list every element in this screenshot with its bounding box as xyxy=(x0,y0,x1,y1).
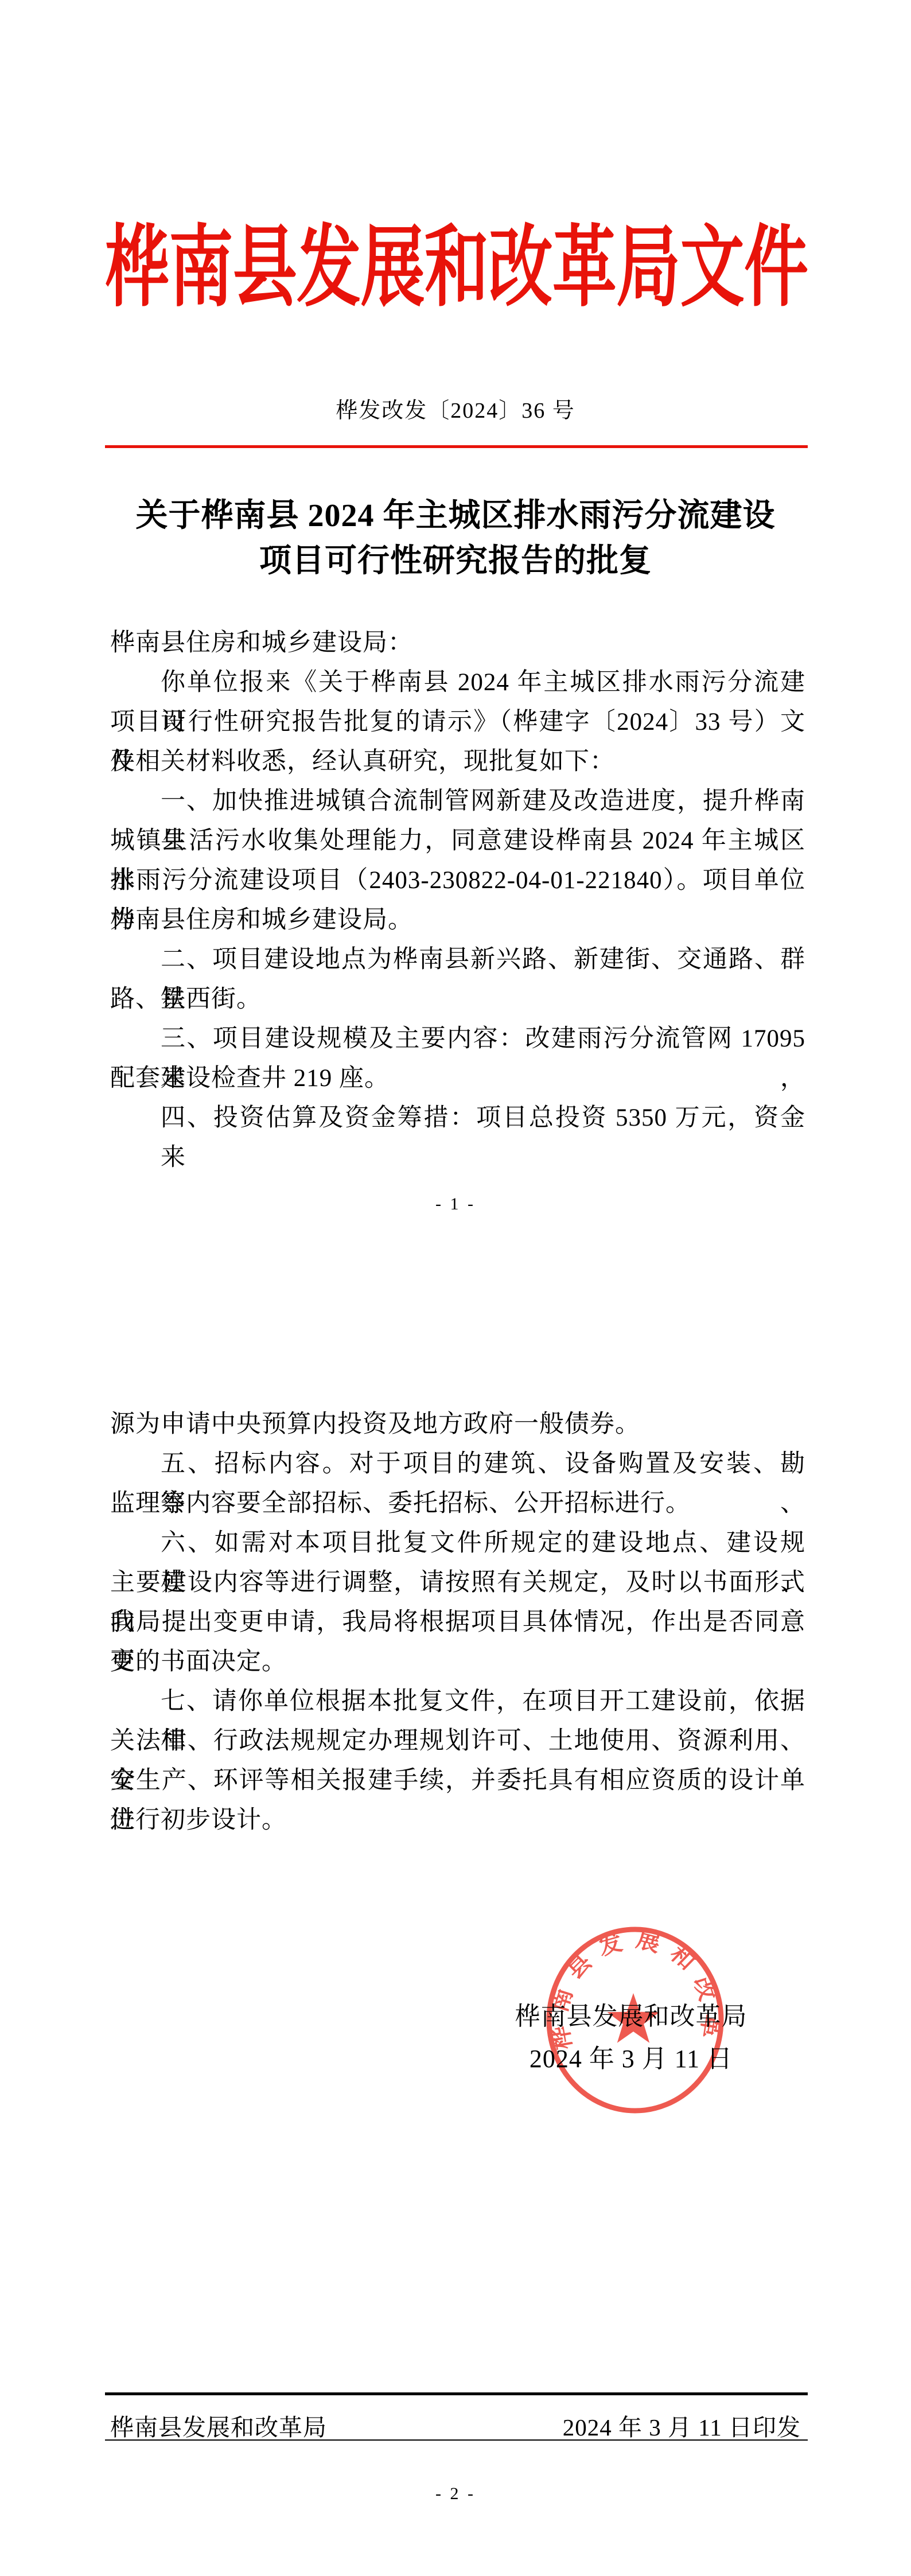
footer-issuer: 桦南县发展和改革局 xyxy=(110,2408,327,2442)
body-line: 二、项目建设地点为桦南县新兴路、新建街、交通路、群星 xyxy=(110,940,805,979)
footer-rule-thick xyxy=(105,2392,808,2395)
body-line: 水雨污分流建设项目（2403-230822-04-01-221840）。项目单位… xyxy=(110,861,805,900)
footer-rule-thin xyxy=(105,2439,808,2441)
letterhead-red-rule xyxy=(105,445,808,448)
body-line: 五、招标内容。对于项目的建筑、设备购置及安装、勘察、 xyxy=(110,1444,805,1484)
page2-body: 源为申请中央预算内投资及地方政府一般债券。五、招标内容。对于项目的建筑、设备购置… xyxy=(110,1404,805,1840)
signature-org: 桦南县发展和改革局 xyxy=(402,1995,861,2032)
signature-date: 2024 年 3 月 11 日 xyxy=(402,2038,861,2075)
body-line: 桦南县住房和城乡建设局。 xyxy=(110,900,805,940)
page2-number: - 2 - xyxy=(0,2484,911,2504)
document-title-line1: 关于桦南县 2024 年主城区排水雨污分流建设 xyxy=(0,493,911,539)
body-line: 一、加快推进城镇合流制管网新建及改造进度，提升桦南县 xyxy=(110,781,805,821)
document-title: 关于桦南县 2024 年主城区排水雨污分流建设 项目可行性研究报告的批复 xyxy=(0,493,911,584)
body-line: 进行初步设计。 xyxy=(110,1800,805,1840)
document-title-line2: 项目可行性研究报告的批复 xyxy=(0,539,911,584)
footer-row: 桦南县发展和改革局 2024 年 3 月 11 日印发 xyxy=(110,2408,801,2442)
body-line: 四、投资估算及资金筹措：项目总投资 5350 万元，资金来 xyxy=(110,1098,805,1138)
body-line: 更的书面决定。 xyxy=(110,1642,805,1682)
body-line: 三、项目建设规模及主要内容：改建雨污分流管网 17095 米， xyxy=(110,1019,805,1059)
body-line: 全生产、环评等相关报建手续，并委托具有相应资质的设计单位 xyxy=(110,1761,805,1800)
body-line: 及相关材料收悉，经认真研究，现批复如下： xyxy=(110,742,805,781)
body-line: 源为申请中央预算内投资及地方政府一般债券。 xyxy=(110,1404,805,1444)
body-line: 城镇生活污水收集处理能力，同意建设桦南县 2024 年主城区排 xyxy=(110,821,805,861)
footer-print-date: 2024 年 3 月 11 日印发 xyxy=(563,2408,801,2442)
body-line: 桦南县住房和城乡建设局： xyxy=(110,623,805,663)
body-line: 七、请你单位根据本批复文件，在项目开工建设前，依据相 xyxy=(110,1682,805,1721)
body-line: 你单位报来《关于桦南县 2024 年主城区排水雨污分流建设 xyxy=(110,663,805,702)
seal-ring-text: 桦南县发展和改革局 xyxy=(544,1924,726,2052)
page1-number: - 1 - xyxy=(0,1194,911,1214)
document-number: 桦发改发〔2024〕36 号 xyxy=(0,392,911,424)
letterhead-org-title: 桦南县发展和改革局文件 xyxy=(105,223,808,349)
body-line: 关法律、行政法规规定办理规划许可、土地使用、资源利用、安 xyxy=(110,1721,805,1761)
body-line: 主要建设内容等进行调整，请按照有关规定，及时以书面形式向 xyxy=(110,1563,805,1602)
body-line: 我局提出变更申请，我局将根据项目具体情况，作出是否同意变 xyxy=(110,1602,805,1642)
official-document-page: { "colors": { "header_red": "#e8130a", "… xyxy=(0,0,911,2576)
body-line: 路、铁西街。 xyxy=(110,979,805,1019)
body-line: 项目可行性研究报告批复的请示》（桦建字〔2024〕33 号）文件 xyxy=(110,702,805,742)
body-line: 六、如需对本项目批复文件所规定的建设地点、建设规模、 xyxy=(110,1523,805,1563)
page1-body: 桦南县住房和城乡建设局：你单位报来《关于桦南县 2024 年主城区排水雨污分流建… xyxy=(110,623,805,1138)
